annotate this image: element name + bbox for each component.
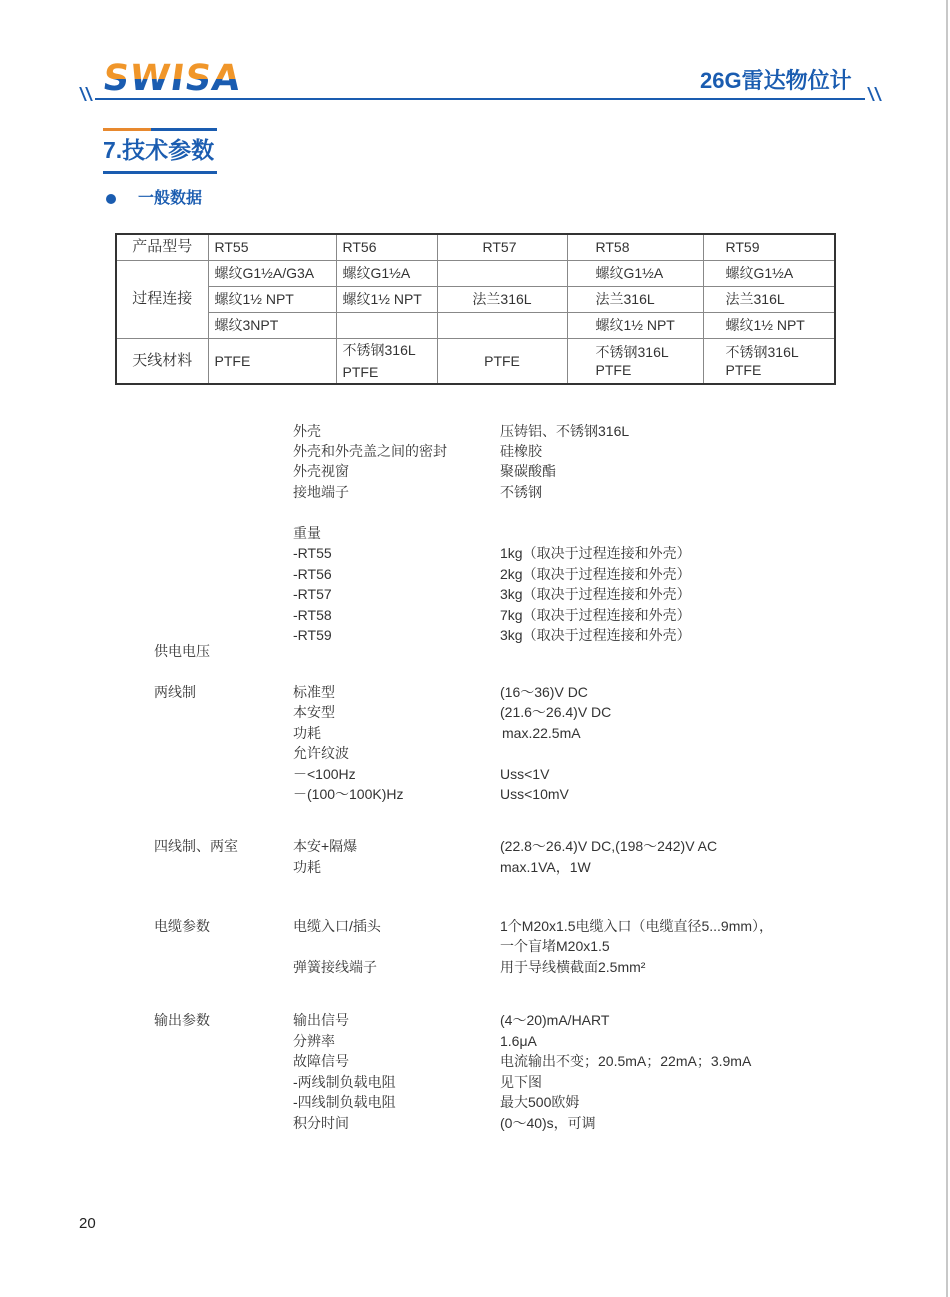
spec-value: max.22.5mA — [502, 723, 581, 743]
spec-value: 压铸铝、不锈钢316L — [500, 421, 629, 441]
header-slash-decoration — [867, 87, 875, 101]
table-cell: RT55 — [208, 234, 336, 260]
table-cell: 螺纹1½ NPT — [336, 286, 437, 312]
group-label: 输出参数 — [154, 1010, 210, 1030]
table-cell: 不锈钢316L PTFE — [703, 338, 835, 384]
spec-value: 用于导线横截面2.5mm² — [500, 957, 645, 977]
group-label: 电缆参数 — [154, 916, 210, 936]
table-cell: 不锈钢316L PTFE — [567, 338, 703, 384]
cell-line: PTFE — [596, 361, 697, 379]
spec-label: －(100～100K)Hz — [293, 784, 404, 804]
spec-value: 3kg（取决于过程连接和外壳） — [500, 584, 691, 604]
spec-label: 允许纹波 — [293, 743, 349, 763]
brand-logo: SWISA — [100, 60, 243, 98]
cell-line: PTFE — [726, 361, 829, 379]
table-cell: 螺纹3NPT — [208, 312, 336, 338]
table-row: 螺纹3NPT 螺纹1½ NPT 螺纹1½ NPT — [116, 312, 835, 338]
table-cell: 不锈钢316L PTFE — [336, 338, 437, 384]
page-number: 20 — [79, 1215, 96, 1232]
spec-label: 标准型 — [293, 682, 335, 702]
spec-label: 接地端子 — [293, 482, 349, 502]
row-header: 产品型号 — [116, 234, 208, 260]
header-slash-decoration — [874, 87, 882, 101]
header-rule — [95, 98, 865, 100]
spec-table: 产品型号 RT55 RT56 RT57 RT58 RT59 过程连接 螺纹G1½… — [115, 233, 836, 385]
spec-label: -RT56 — [293, 564, 332, 584]
spec-value: max.1VA，1W — [500, 857, 591, 877]
spec-value: 1.6μA — [500, 1031, 537, 1051]
table-cell — [437, 260, 567, 286]
table-cell — [336, 312, 437, 338]
spec-value: Uss<10mV — [500, 784, 569, 804]
spec-label: -四线制负载电阻 — [293, 1092, 396, 1112]
spec-label: 功耗 — [293, 857, 321, 877]
group-label: 四线制、两室 — [154, 836, 238, 856]
cell-line: 不锈钢316L — [343, 341, 431, 359]
spec-value: 7kg（取决于过程连接和外壳） — [500, 605, 691, 625]
spec-label: -RT59 — [293, 625, 332, 645]
table-cell: 法兰316L — [567, 286, 703, 312]
spec-label: 本安+隔爆 — [293, 836, 357, 856]
table-cell: PTFE — [208, 338, 336, 384]
spec-label: -RT57 — [293, 584, 332, 604]
section-accent-bar — [151, 128, 217, 131]
spec-label: 重量 — [293, 523, 321, 543]
table-cell: 螺纹1½ NPT — [208, 286, 336, 312]
spec-label: 积分时间 — [293, 1113, 349, 1133]
table-cell: RT57 — [437, 234, 567, 260]
spec-value: 3kg（取决于过程连接和外壳） — [500, 625, 691, 645]
table-row: 螺纹1½ NPT 螺纹1½ NPT 法兰316L 法兰316L 法兰316L — [116, 286, 835, 312]
spec-value: 见下图 — [500, 1072, 542, 1092]
spec-label: 外壳和外壳盖之间的密封 — [293, 441, 447, 461]
spec-value: 一个盲堵M20x1.5 — [500, 936, 610, 956]
spec-value: (21.6～26.4)V DC — [500, 702, 611, 722]
table-cell: PTFE — [437, 338, 567, 384]
table-row-models: 产品型号 RT55 RT56 RT57 RT58 RT59 — [116, 234, 835, 260]
spec-value: 硅橡胶 — [500, 441, 542, 461]
spec-label: 外壳 — [293, 421, 321, 441]
spec-label: 电缆入口/插头 — [293, 916, 381, 936]
section-underline — [103, 171, 217, 174]
spec-label: 故障信号 — [293, 1051, 349, 1071]
table-cell: RT58 — [567, 234, 703, 260]
table-cell: 螺纹G1½A — [567, 260, 703, 286]
spec-value: (4～20)mA/HART — [500, 1010, 609, 1030]
spec-label: -RT58 — [293, 605, 332, 625]
section-title: 7.技术参数 — [103, 136, 214, 164]
spec-label: 输出信号 — [293, 1010, 349, 1030]
table-cell: 法兰316L — [437, 286, 567, 312]
table-cell: RT59 — [703, 234, 835, 260]
cell-line: 不锈钢316L — [726, 343, 829, 361]
spec-label: －<100Hz — [293, 764, 356, 784]
document-title: 26G雷达物位计 — [700, 68, 852, 94]
cell-line: PTFE — [444, 352, 561, 370]
bullet-icon — [106, 194, 116, 204]
subsection-title: 一般数据 — [138, 189, 202, 209]
spec-value: 电流输出不变；20.5mA；22mA；3.9mA — [500, 1051, 751, 1071]
table-cell: 螺纹G1½A/G3A — [208, 260, 336, 286]
table-cell: 螺纹1½ NPT — [703, 312, 835, 338]
spec-label: -RT55 — [293, 543, 332, 563]
page-edge — [946, 0, 948, 1297]
table-cell: 法兰316L — [703, 286, 835, 312]
cell-line: 不锈钢316L — [596, 343, 697, 361]
table-cell — [437, 312, 567, 338]
spec-value: (0～40)s，可调 — [500, 1113, 596, 1133]
table-cell: 螺纹G1½A — [703, 260, 835, 286]
section-accent-bar — [103, 128, 151, 131]
spec-value: 1kg（取决于过程连接和外壳） — [500, 543, 691, 563]
spec-label: 本安型 — [293, 702, 335, 722]
table-row: 过程连接 螺纹G1½A/G3A 螺纹G1½A 螺纹G1½A 螺纹G1½A — [116, 260, 835, 286]
table-cell: 螺纹1½ NPT — [567, 312, 703, 338]
row-header: 天线材料 — [116, 338, 208, 384]
group-label: 两线制 — [154, 682, 196, 702]
group-label: 供电电压 — [154, 641, 210, 661]
cell-line: PTFE — [343, 363, 431, 381]
spec-label: 外壳视窗 — [293, 461, 349, 481]
cell-line: PTFE — [215, 352, 330, 370]
spec-value: Uss<1V — [500, 764, 549, 784]
spec-value: 1个M20x1.5电缆入口（电缆直径5...9mm）， — [500, 916, 773, 936]
spec-label: 功耗 — [293, 723, 321, 743]
table-cell: RT56 — [336, 234, 437, 260]
spec-value: (16～36)V DC — [500, 682, 588, 702]
row-header: 过程连接 — [116, 260, 208, 338]
spec-label: -两线制负载电阻 — [293, 1072, 396, 1092]
spec-value: 不锈钢 — [500, 482, 542, 502]
spec-value: 最大500欧姆 — [500, 1092, 579, 1112]
table-cell: 螺纹G1½A — [336, 260, 437, 286]
spec-label: 弹簧接线端子 — [293, 957, 377, 977]
spec-value: 聚碳酸酯 — [500, 461, 556, 481]
spec-value: (22.8～26.4)V DC,(198～242)V AC — [500, 836, 717, 856]
spec-value: 2kg（取决于过程连接和外壳） — [500, 564, 691, 584]
spec-label: 分辨率 — [293, 1031, 335, 1051]
table-row: 天线材料 PTFE 不锈钢316L PTFE PTFE 不锈钢316L PTFE… — [116, 338, 835, 384]
